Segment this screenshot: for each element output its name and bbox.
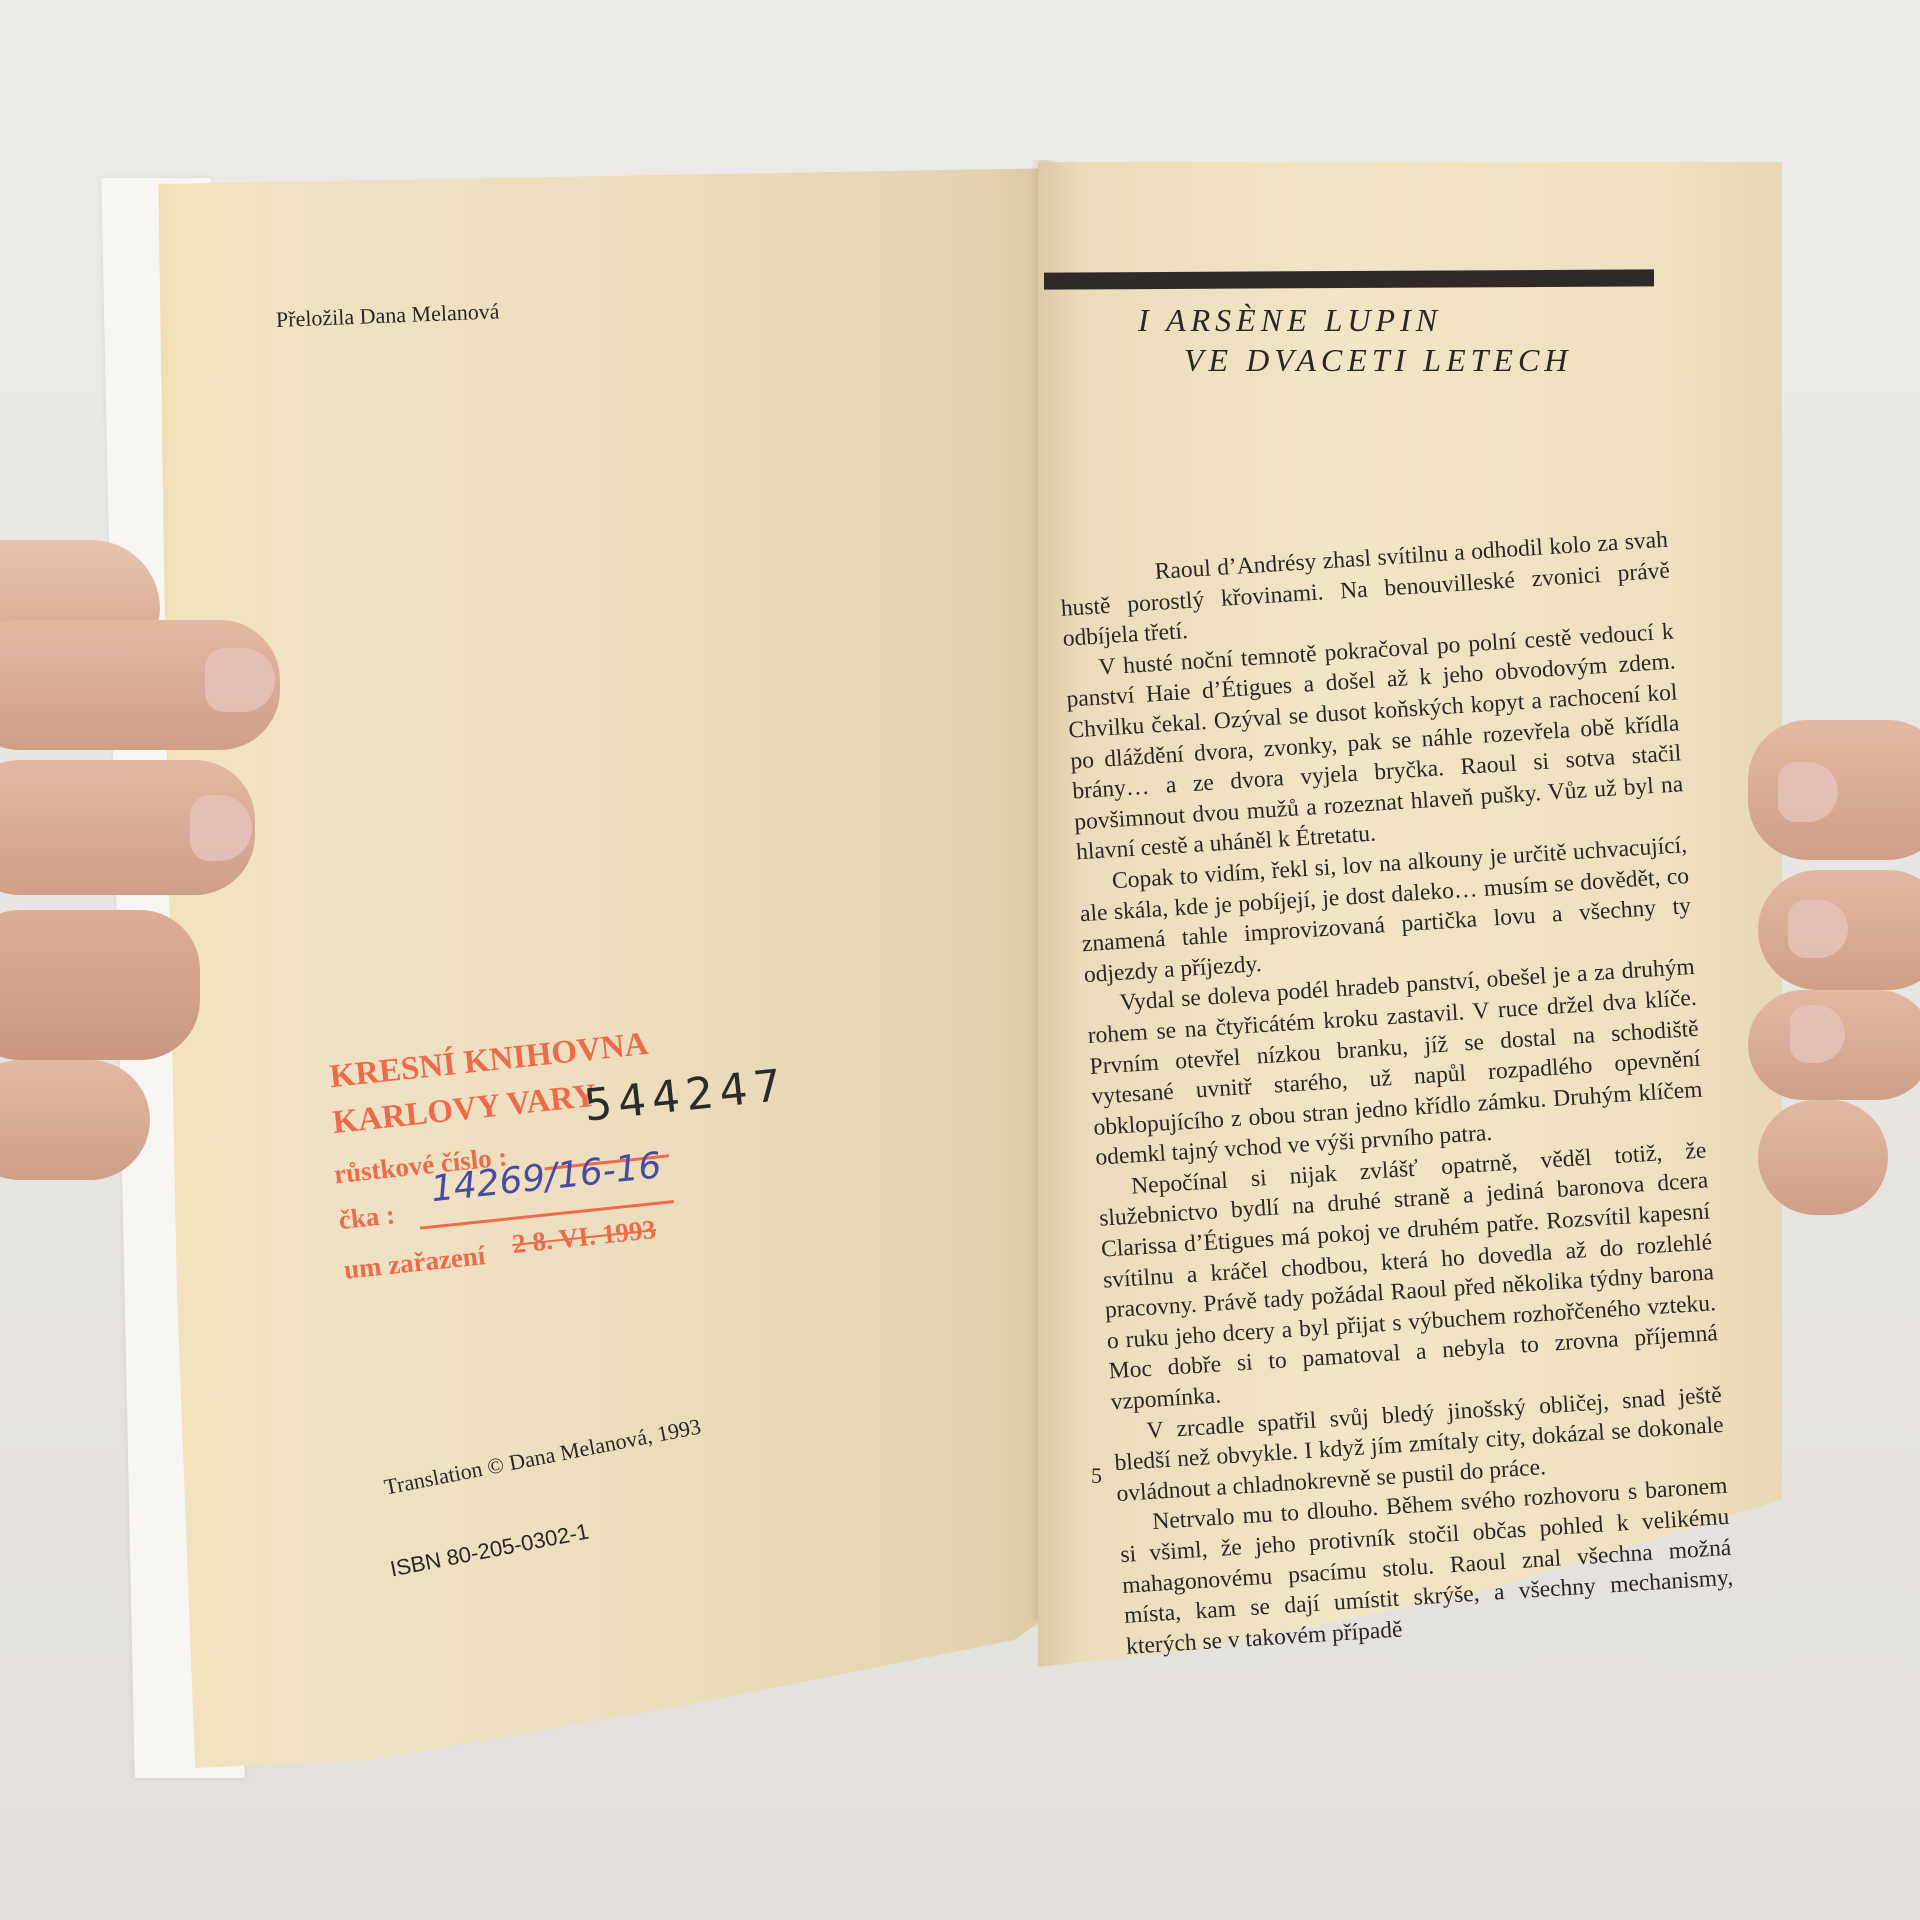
page-number: 5 bbox=[1091, 1463, 1102, 1489]
stamp-field-signature-label: čka : bbox=[337, 1199, 396, 1236]
library-stamp: KRESNÍ KNIHOVNA KARLOVY VARY růstkové čí… bbox=[322, 1006, 868, 1339]
stamp-field-date-label: um zařazení bbox=[342, 1240, 486, 1286]
chapter-heading-rule bbox=[1044, 269, 1654, 289]
paragraph: Nepočínal si nijak zvlášť opatrně, věděl… bbox=[1096, 1135, 1720, 1418]
handwritten-accession-number: 544247 bbox=[582, 1060, 790, 1132]
right-hand bbox=[1748, 700, 1920, 1240]
stamp-date-value: 2 8. VI. 1993 bbox=[511, 1214, 658, 1260]
left-hand bbox=[0, 540, 300, 1260]
paragraph: V husté noční temnotě pokračoval po poln… bbox=[1064, 616, 1686, 868]
chapter-body-text: Raoul d’Andrésy zhasl svítilnu a odhodil… bbox=[1058, 525, 1736, 1663]
chapter-title: I ARSÈNE LUPIN VE DVACETI LETECH bbox=[1138, 300, 1572, 380]
chapter-title-line-1: I ARSÈNE LUPIN bbox=[1138, 302, 1442, 338]
chapter-title-line-2: VE DVACETI LETECH bbox=[1138, 340, 1572, 380]
left-ring-finger bbox=[0, 1060, 150, 1180]
